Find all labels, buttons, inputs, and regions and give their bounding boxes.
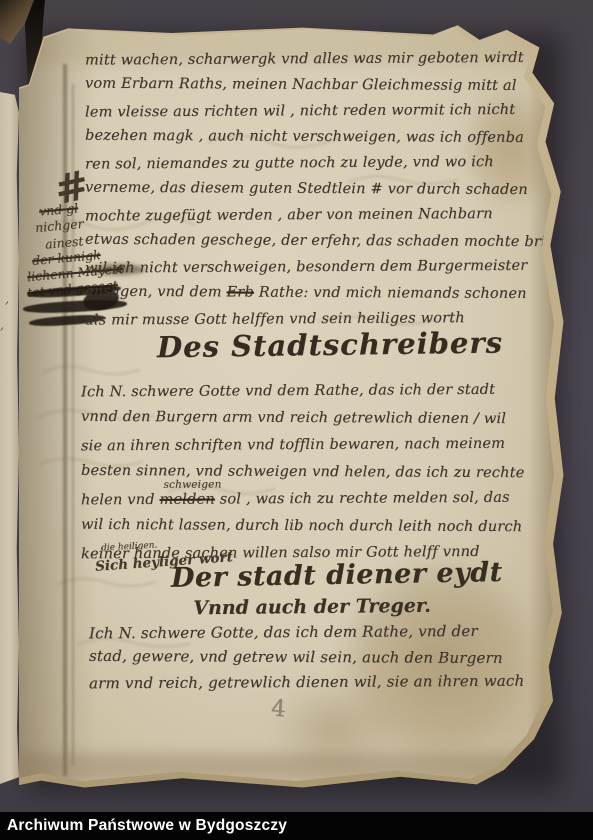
manuscript-line: bezehen magk , auch nicht verschweigen, … [85, 123, 588, 152]
section-heading-stadtdiener: Der stadt diener eydt [171, 557, 491, 594]
manuscript-line: mochte zugefügt werden , aber von meinen… [85, 200, 588, 229]
manuscript-line: stad, gewere, vnd getrew wil sein, auch … [89, 644, 524, 671]
archive-name-label: Archiwum Państwowe w Bydgoszczy [0, 812, 593, 840]
struck-word-text: melden [159, 492, 214, 508]
folio-number: 4 [270, 696, 286, 723]
manuscript-line: helen vnd schweigenmelden sol , was ich … [81, 485, 525, 515]
manuscript-line: vom Erbarn Raths, meinen Nachbar Gleichm… [85, 71, 588, 100]
manuscript-line: Ich N. schwere Gotte vnd dem Rathe, das … [81, 377, 525, 407]
archive-watermark-bar: Archiwum Państwowe w Bydgoszczy [0, 812, 593, 840]
line-text: sol , was ich zu rechte melden sol, das [215, 490, 510, 508]
line-text: ansagen, vnd dem [85, 284, 227, 301]
line-text: helen vnd [81, 492, 160, 508]
manuscript-line: besten sinnen, vnd schweigen vnd helen, … [81, 458, 525, 487]
manuscript-line: sie an ihren schriften vnd tofflin bewar… [81, 431, 525, 461]
manuscript-line: arm vnd reich, getrewlich dienen wil, si… [89, 669, 525, 697]
facing-page-mark: , [5, 292, 9, 307]
manuscript-line: wil ich nicht verschweigen, besondern de… [85, 252, 588, 281]
manuscript-line: ren sol, niemandes zu gutte noch zu leyd… [85, 148, 588, 177]
inserted-correction: schweigen [163, 479, 221, 489]
paragraph-oath-2: Ich N. schwere Gotte vnd dem Rathe, das … [81, 378, 524, 567]
manuscript-line: Ich N. schwere Gotte, das ich dem Rathe,… [89, 619, 525, 647]
paragraph-oath-1: mitt wachen, scharwergk vnd alles was mi… [85, 46, 588, 332]
manuscript-page: # vnd gl nichger ainest der kunigk liche… [19, 24, 554, 781]
manuscript-line: vnnd den Burgern arm vnd reich getrewlic… [81, 404, 525, 433]
manuscript-line: etwas schaden geschege, der erfehr, das … [85, 227, 588, 256]
manuscript-line: mitt wachen, scharwergk vnd alles was mi… [85, 44, 588, 73]
section-subheading-treger: Vnnd auch der Treger. [187, 595, 437, 620]
struck-word: schweigenmelden [159, 492, 214, 508]
manuscript-line: wil ich nicht lassen, durch lib noch dur… [81, 512, 525, 541]
struck-word: Erb [227, 284, 254, 300]
line-text: Rathe: vnd mich niemands schonen [254, 285, 527, 302]
section-heading-stadtschreiber: Des Stadtschreibers [157, 326, 487, 365]
manuscript-line: lem vleisse aus richten wil , nicht rede… [85, 96, 588, 125]
paragraph-oath-3: Ich N. schwere Gotte, das ich dem Rathe,… [89, 620, 524, 695]
manuscript-line: ansagen, vnd dem Erb Rathe: vnd mich nie… [85, 279, 588, 308]
facing-page-edge: , , [0, 92, 19, 784]
manuscript-page-torn-edge: # vnd gl nichger ainest der kunigk liche… [19, 23, 564, 789]
facing-page-mark: , [0, 318, 4, 333]
manuscript-line: verneme, das diesem guten Stedtlein # vo… [85, 175, 588, 204]
archive-scan-screenshot: , , [0, 0, 593, 840]
